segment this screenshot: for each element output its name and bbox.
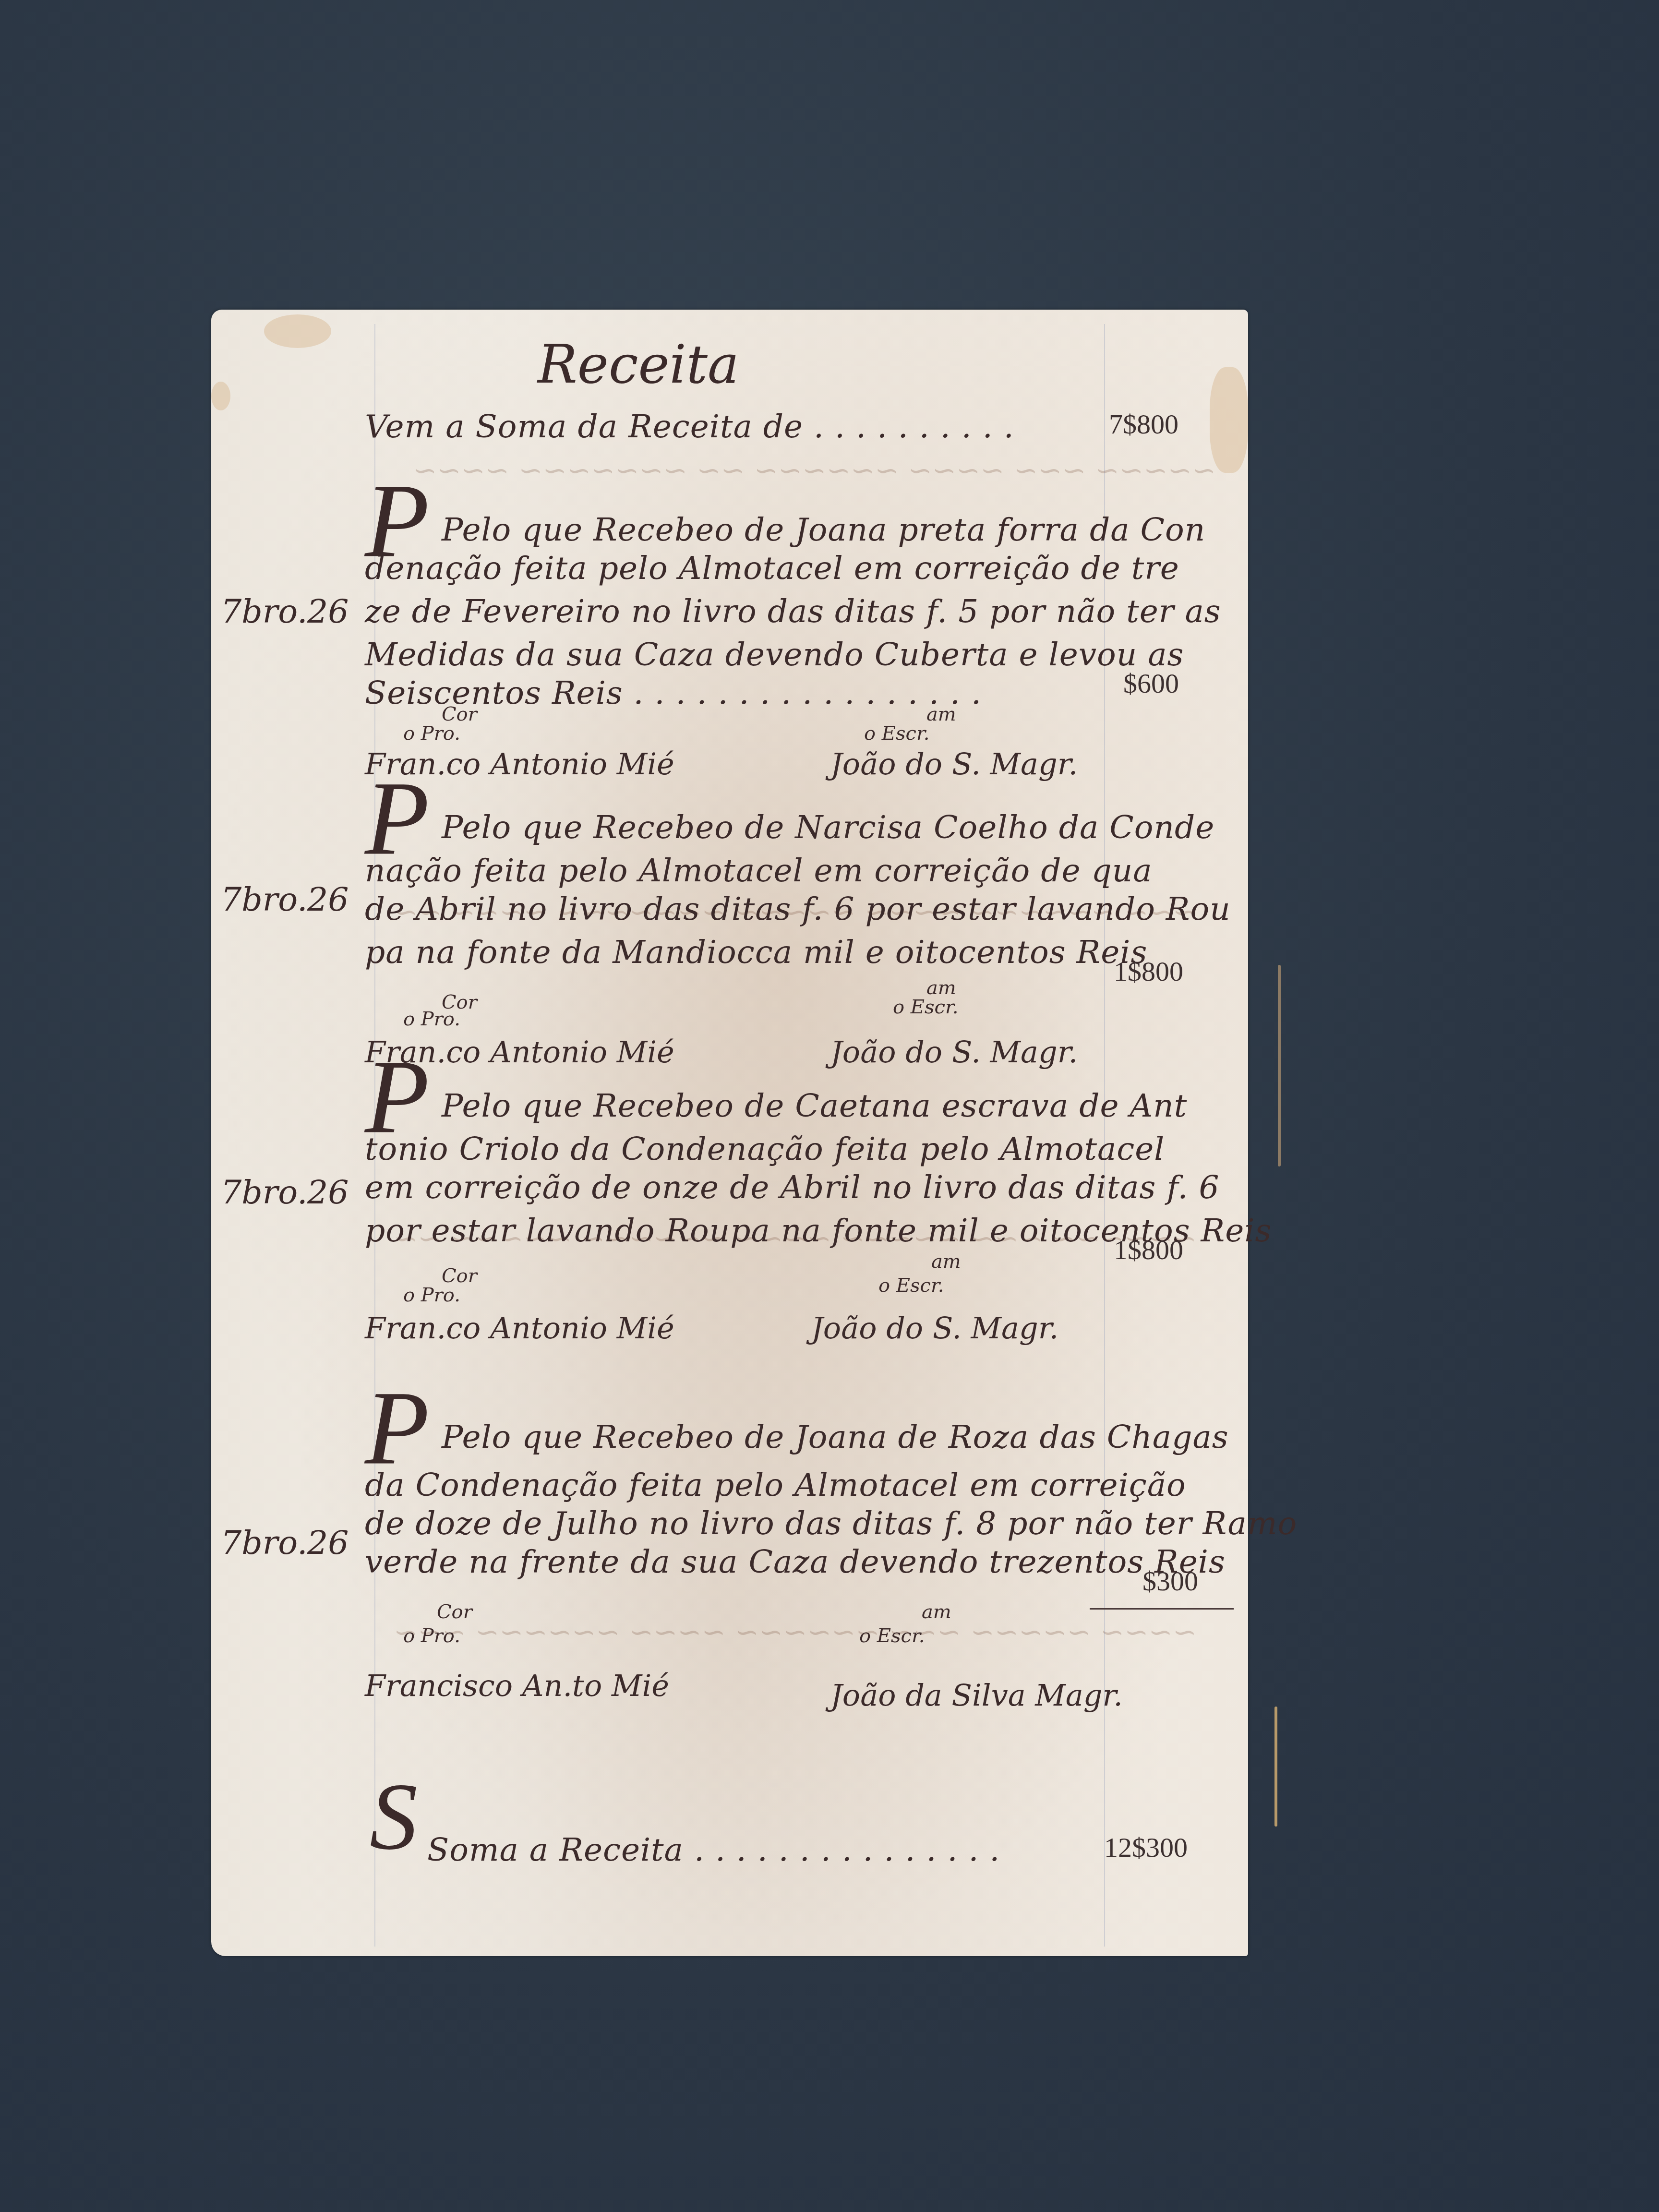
entry-line: Pelo que Recebeo de Joana de Roza das Ch… bbox=[442, 1419, 1229, 1455]
subtotal-rule bbox=[1090, 1608, 1234, 1610]
entry-day: 26 bbox=[307, 881, 349, 919]
entry-amount: 1$800 bbox=[1114, 955, 1183, 987]
binding-thread bbox=[1278, 965, 1281, 1166]
signature-procurador: Fran.co Antonio Mié bbox=[365, 1310, 674, 1346]
entry-month: 7bro. bbox=[221, 593, 308, 631]
entry-line: ze de Fevereiro no livro das ditas f. 5 … bbox=[365, 593, 1221, 630]
entry-line: denação feita pelo Almotacel em correiçã… bbox=[365, 550, 1179, 587]
entry-amount: 1$800 bbox=[1114, 1234, 1183, 1266]
ornamental-initial: P bbox=[365, 1375, 429, 1481]
bleed-through-text: ~~~~ ~~~~~ ~~~ ~~~~~~ ~~~~ ~~~~~~ ~~~ bbox=[394, 1615, 1197, 1649]
entry-line: pa na fonte da Mandiocca mil e oitocento… bbox=[365, 934, 1147, 971]
manuscript-page: ~~~~~ ~~~ ~~~~ ~~~~~~ ~~ ~~~~~~~ ~~~~ ~~… bbox=[211, 310, 1248, 1956]
page-title: Receita bbox=[538, 334, 739, 395]
signature-escrivao: João do S. Magr. bbox=[830, 746, 1078, 781]
entry-month: 7bro. bbox=[221, 881, 308, 919]
signature-escrivao: João do S. Magr. bbox=[830, 1034, 1078, 1070]
carry-forward-label: Vem a Soma da Receita de . . . . . . . .… bbox=[365, 408, 1014, 445]
entry-amount: $600 bbox=[1123, 667, 1179, 699]
entry-line: Pelo que Recebeo de Narcisa Coelho da Co… bbox=[442, 809, 1214, 846]
paper-stain bbox=[211, 382, 230, 410]
signature-title: o Pro. bbox=[403, 1008, 460, 1030]
entry-amount: $300 bbox=[1142, 1565, 1198, 1597]
signature-procurador: Francisco An.to Mié bbox=[365, 1668, 669, 1703]
signature-title-sup: am bbox=[926, 703, 956, 725]
signature-title-sup: am bbox=[931, 1250, 961, 1273]
binding-thread bbox=[1274, 1707, 1277, 1827]
signature-title: o Escr. bbox=[864, 722, 929, 745]
carry-forward-amount: 7$800 bbox=[1109, 408, 1178, 440]
entry-month: 7bro. bbox=[221, 1524, 308, 1562]
entry-line: tonio Criolo da Condenação feita pelo Al… bbox=[365, 1130, 1165, 1167]
entry-day: 26 bbox=[307, 1174, 349, 1212]
signature-escrivao: João da Silva Magr. bbox=[830, 1678, 1123, 1713]
ornamental-initial: S bbox=[370, 1769, 418, 1865]
entry-line: em correição de onze de Abril no livro d… bbox=[365, 1169, 1219, 1206]
entry-line: verde na frente da sua Caza devendo trez… bbox=[365, 1543, 1226, 1580]
bleed-through-text: ~~~~~ ~~~ ~~~~ ~~~~~~ ~~ ~~~~~~~ ~~~~ bbox=[413, 454, 1216, 487]
signature-title-sup: Cor bbox=[437, 1601, 472, 1623]
entry-line: da Condenação feita pelo Almotacel em co… bbox=[365, 1467, 1186, 1503]
signature-title: o Escr. bbox=[859, 1625, 925, 1647]
signature-title: o Escr. bbox=[893, 996, 958, 1018]
entry-line: Pelo que Recebeo de Caetana escrava de A… bbox=[442, 1087, 1187, 1124]
entry-day: 26 bbox=[307, 1524, 349, 1562]
entry-line: Medidas da sua Caza devendo Cuberta e le… bbox=[365, 636, 1184, 673]
total-amount: 12$300 bbox=[1104, 1831, 1188, 1863]
signature-title: o Pro. bbox=[403, 1625, 460, 1647]
entry-line: de Abril no livro das ditas f. 6 por est… bbox=[365, 890, 1231, 927]
entry-line: Pelo que Recebeo de Joana preta forra da… bbox=[442, 511, 1205, 548]
signature-escrivao: João do S. Magr. bbox=[811, 1310, 1058, 1346]
entry-month: 7bro. bbox=[221, 1174, 308, 1212]
signature-title: o Pro. bbox=[403, 1284, 460, 1306]
entry-line: nação feita pelo Almotacel em correição … bbox=[365, 852, 1153, 889]
paper-stain bbox=[264, 314, 331, 348]
signature-title: o Pro. bbox=[403, 722, 460, 745]
signature-title: o Escr. bbox=[878, 1274, 944, 1297]
entry-day: 26 bbox=[307, 593, 349, 631]
total-label: Soma a Receita . . . . . . . . . . . . .… bbox=[427, 1831, 1000, 1868]
signature-title-sup: am bbox=[922, 1601, 951, 1623]
entry-line: de doze de Julho no livro das ditas f. 8… bbox=[365, 1505, 1297, 1542]
